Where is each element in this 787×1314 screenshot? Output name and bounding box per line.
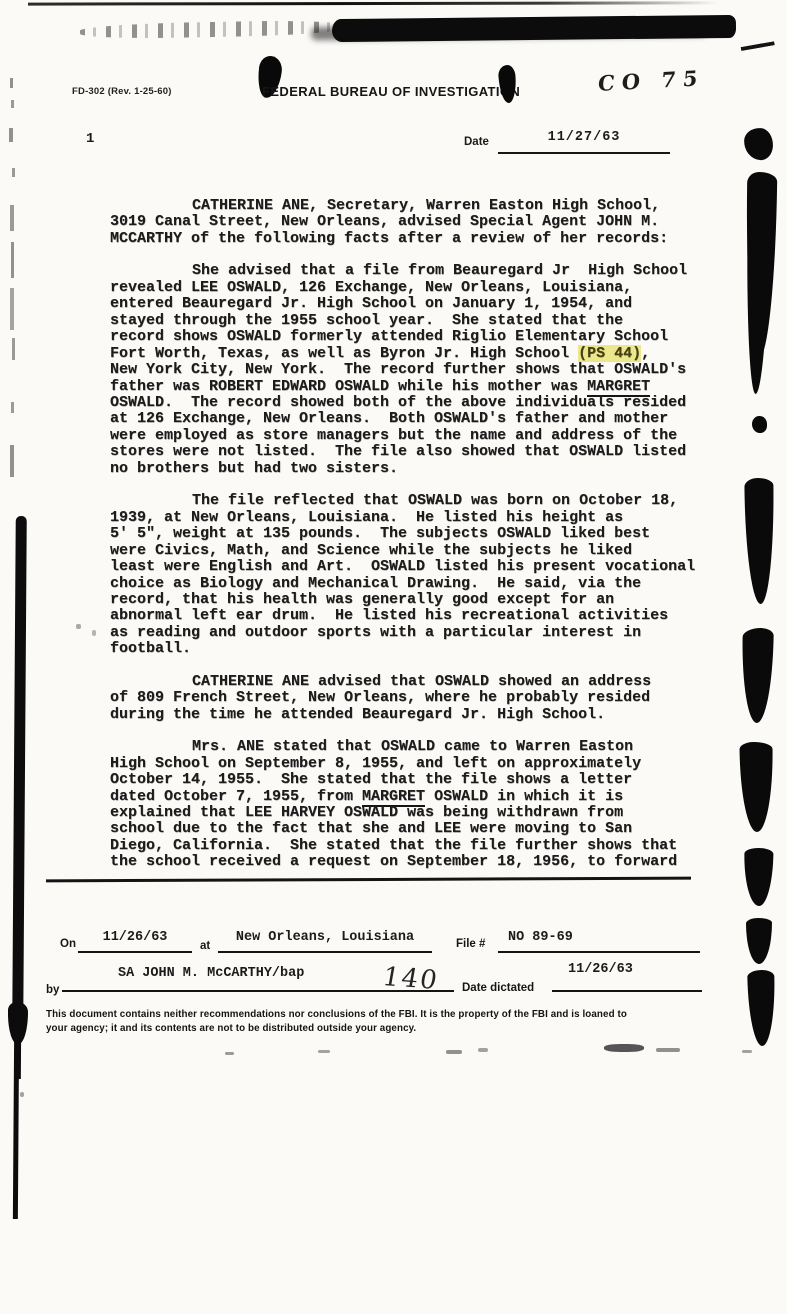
disclaimer-line: your agency; it and its contents are not… [46,1022,730,1036]
date-value: 11/27/63 [498,130,670,154]
body-line: revealed LEE OSWALD, 126 Exchange, New O… [110,280,720,296]
body-line: as reading and outdoor sports with a par… [110,625,720,641]
body-line: stayed through the 1955 school year. She… [110,313,720,329]
body-line: OSWALD. The record showed both of the ab… [110,395,720,411]
scan-speck [478,1048,488,1052]
agency-title: FEDERAL BUREAU OF INVESTIGATION [262,84,520,99]
scan-speck [656,1048,680,1052]
body-line: of 809 French Street, New Orleans, where… [110,690,720,706]
body-line: New York City, New York. The record furt… [110,362,720,378]
scan-smudge [752,416,767,433]
body-line: She advised that a file from Beauregard … [110,263,720,279]
body-line: no brothers but had two sisters. [110,461,720,477]
agent-name: SA JOHN M. McCARTHY/bap [118,966,304,981]
body-line: High School on September 8, 1955, and le… [110,756,720,772]
handwritten-classification: CO 75 [597,65,706,96]
paragraph: CATHERINE ANE, Secretary, Warren Easton … [110,198,720,247]
scan-mark [10,205,14,231]
body-line: The file reflected that OSWALD was born … [110,493,720,509]
body-line: abnormal left ear drum. He listed his re… [110,608,720,624]
body-line: the school received a request on Septemb… [110,854,720,870]
scan-mark [11,402,14,413]
on-label: On [60,938,76,950]
at-value: New Orleans, Louisiana [218,930,432,953]
body-line: during the time he attended Beauregard J… [110,707,720,723]
body-line: 1939, at New Orleans, Louisiana. He list… [110,510,720,526]
file-number-label: File # [456,938,485,950]
paragraph: Mrs. ANE stated that OSWALD came to Warr… [110,739,720,871]
scanned-document-page: FD-302 (Rev. 1-25-60) FEDERAL BUREAU OF … [0,0,787,1314]
scan-smudge [743,127,774,160]
scan-mark [12,168,15,177]
by-label: by [46,984,59,996]
at-label: at [200,940,210,952]
body-line: Diego, California. She stated that the f… [110,838,720,854]
body-line: record shows OSWALD formerly attended Ri… [110,329,720,345]
scan-mark [10,445,14,477]
body-line: choice as Biology and Mechanical Drawing… [110,576,720,592]
scan-smudge [745,172,778,358]
scan-smudge [747,970,776,1047]
body-line: CATHERINE ANE advised that OSWALD showed… [110,674,720,690]
scan-speck [92,630,96,636]
scan-speck [742,1050,752,1053]
paragraph: She advised that a file from Beauregard … [110,263,720,477]
body-line: were employed as store managers but the … [110,428,720,444]
body-line: record, that his health was generally go… [110,592,720,608]
scan-speck [76,624,81,629]
scan-smudge [741,628,773,723]
scan-artifact-left-bar-end [8,1002,28,1044]
scan-mark [11,242,14,278]
body-line: October 14, 1955. She stated that the fi… [110,772,720,788]
body-line: 3019 Canal Street, New Orleans, advised … [110,214,720,230]
body-line: Mrs. ANE stated that OSWALD came to Warr… [110,739,720,755]
paragraph: The file reflected that OSWALD was born … [110,493,720,658]
scan-speck [604,1044,644,1052]
file-number-value: NO 89-69 [498,930,700,953]
scan-artifact-left-bar [12,516,27,1022]
date-dictated-label: Date dictated [462,982,534,994]
body-line: CATHERINE ANE, Secretary, Warren Easton … [110,198,720,214]
handwritten-page-mark: 140 [380,962,441,996]
body-line: Fort Worth, Texas, as well as Byron Jr. … [110,346,720,362]
scan-mark [11,100,14,108]
body-line: MCCARTHY of the following facts after a … [110,231,720,247]
date-label: Date [464,136,489,148]
scan-artifact-scribble [80,19,345,40]
scan-smudge [739,742,773,832]
scan-mark [9,128,13,142]
scan-speck [318,1050,330,1053]
form-number: FD-302 (Rev. 1-25-60) [72,86,172,97]
body-line: entered Beauregard Jr. High School on Ja… [110,296,720,312]
body-line: explained that LEE HARVEY OSWALD was bei… [110,805,720,821]
page-number: 1 [86,131,94,147]
scan-smudge [744,478,774,604]
body-line: 5' 5", weight at 135 pounds. The subject… [110,526,720,542]
body-line: school due to the fact that she and LEE … [110,821,720,837]
scan-speck [225,1052,234,1055]
scan-mark [10,78,13,88]
body-line: football. [110,641,720,657]
scan-speck [20,1092,24,1097]
date-dictated-value: 11/26/63 [568,962,633,977]
disclaimer-line: This document contains neither recommend… [46,1008,730,1022]
scan-smudge [743,848,773,906]
body-line: at 126 Exchange, New Orleans. Both OSWAL… [110,411,720,427]
date-dictated-line [552,990,702,992]
disclaimer: This document contains neither recommend… [46,1008,730,1036]
report-body: CATHERINE ANE, Secretary, Warren Easton … [110,198,720,887]
body-line: father was ROBERT EDWARD OSWALD while hi… [110,379,720,395]
scan-mark [12,338,15,360]
body-line: dated October 7, 1955, from MARGRET OSWA… [110,789,720,805]
highlighted-text: (PS 44) [578,345,641,362]
scan-artifact-hook [741,41,778,66]
scan-mark [10,288,14,330]
scan-artifact-top-edge [28,1,718,5]
scan-speck [446,1050,462,1054]
scan-smudge [746,918,772,964]
body-line: least were English and Art. OSWALD liste… [110,559,720,575]
body-line: were Civics, Math, and Science while the… [110,543,720,559]
body-line: stores were not listed. The file also sh… [110,444,720,460]
paragraph: CATHERINE ANE advised that OSWALD showed… [110,674,720,723]
scan-artifact-smear [332,15,736,42]
on-value: 11/26/63 [78,930,192,953]
